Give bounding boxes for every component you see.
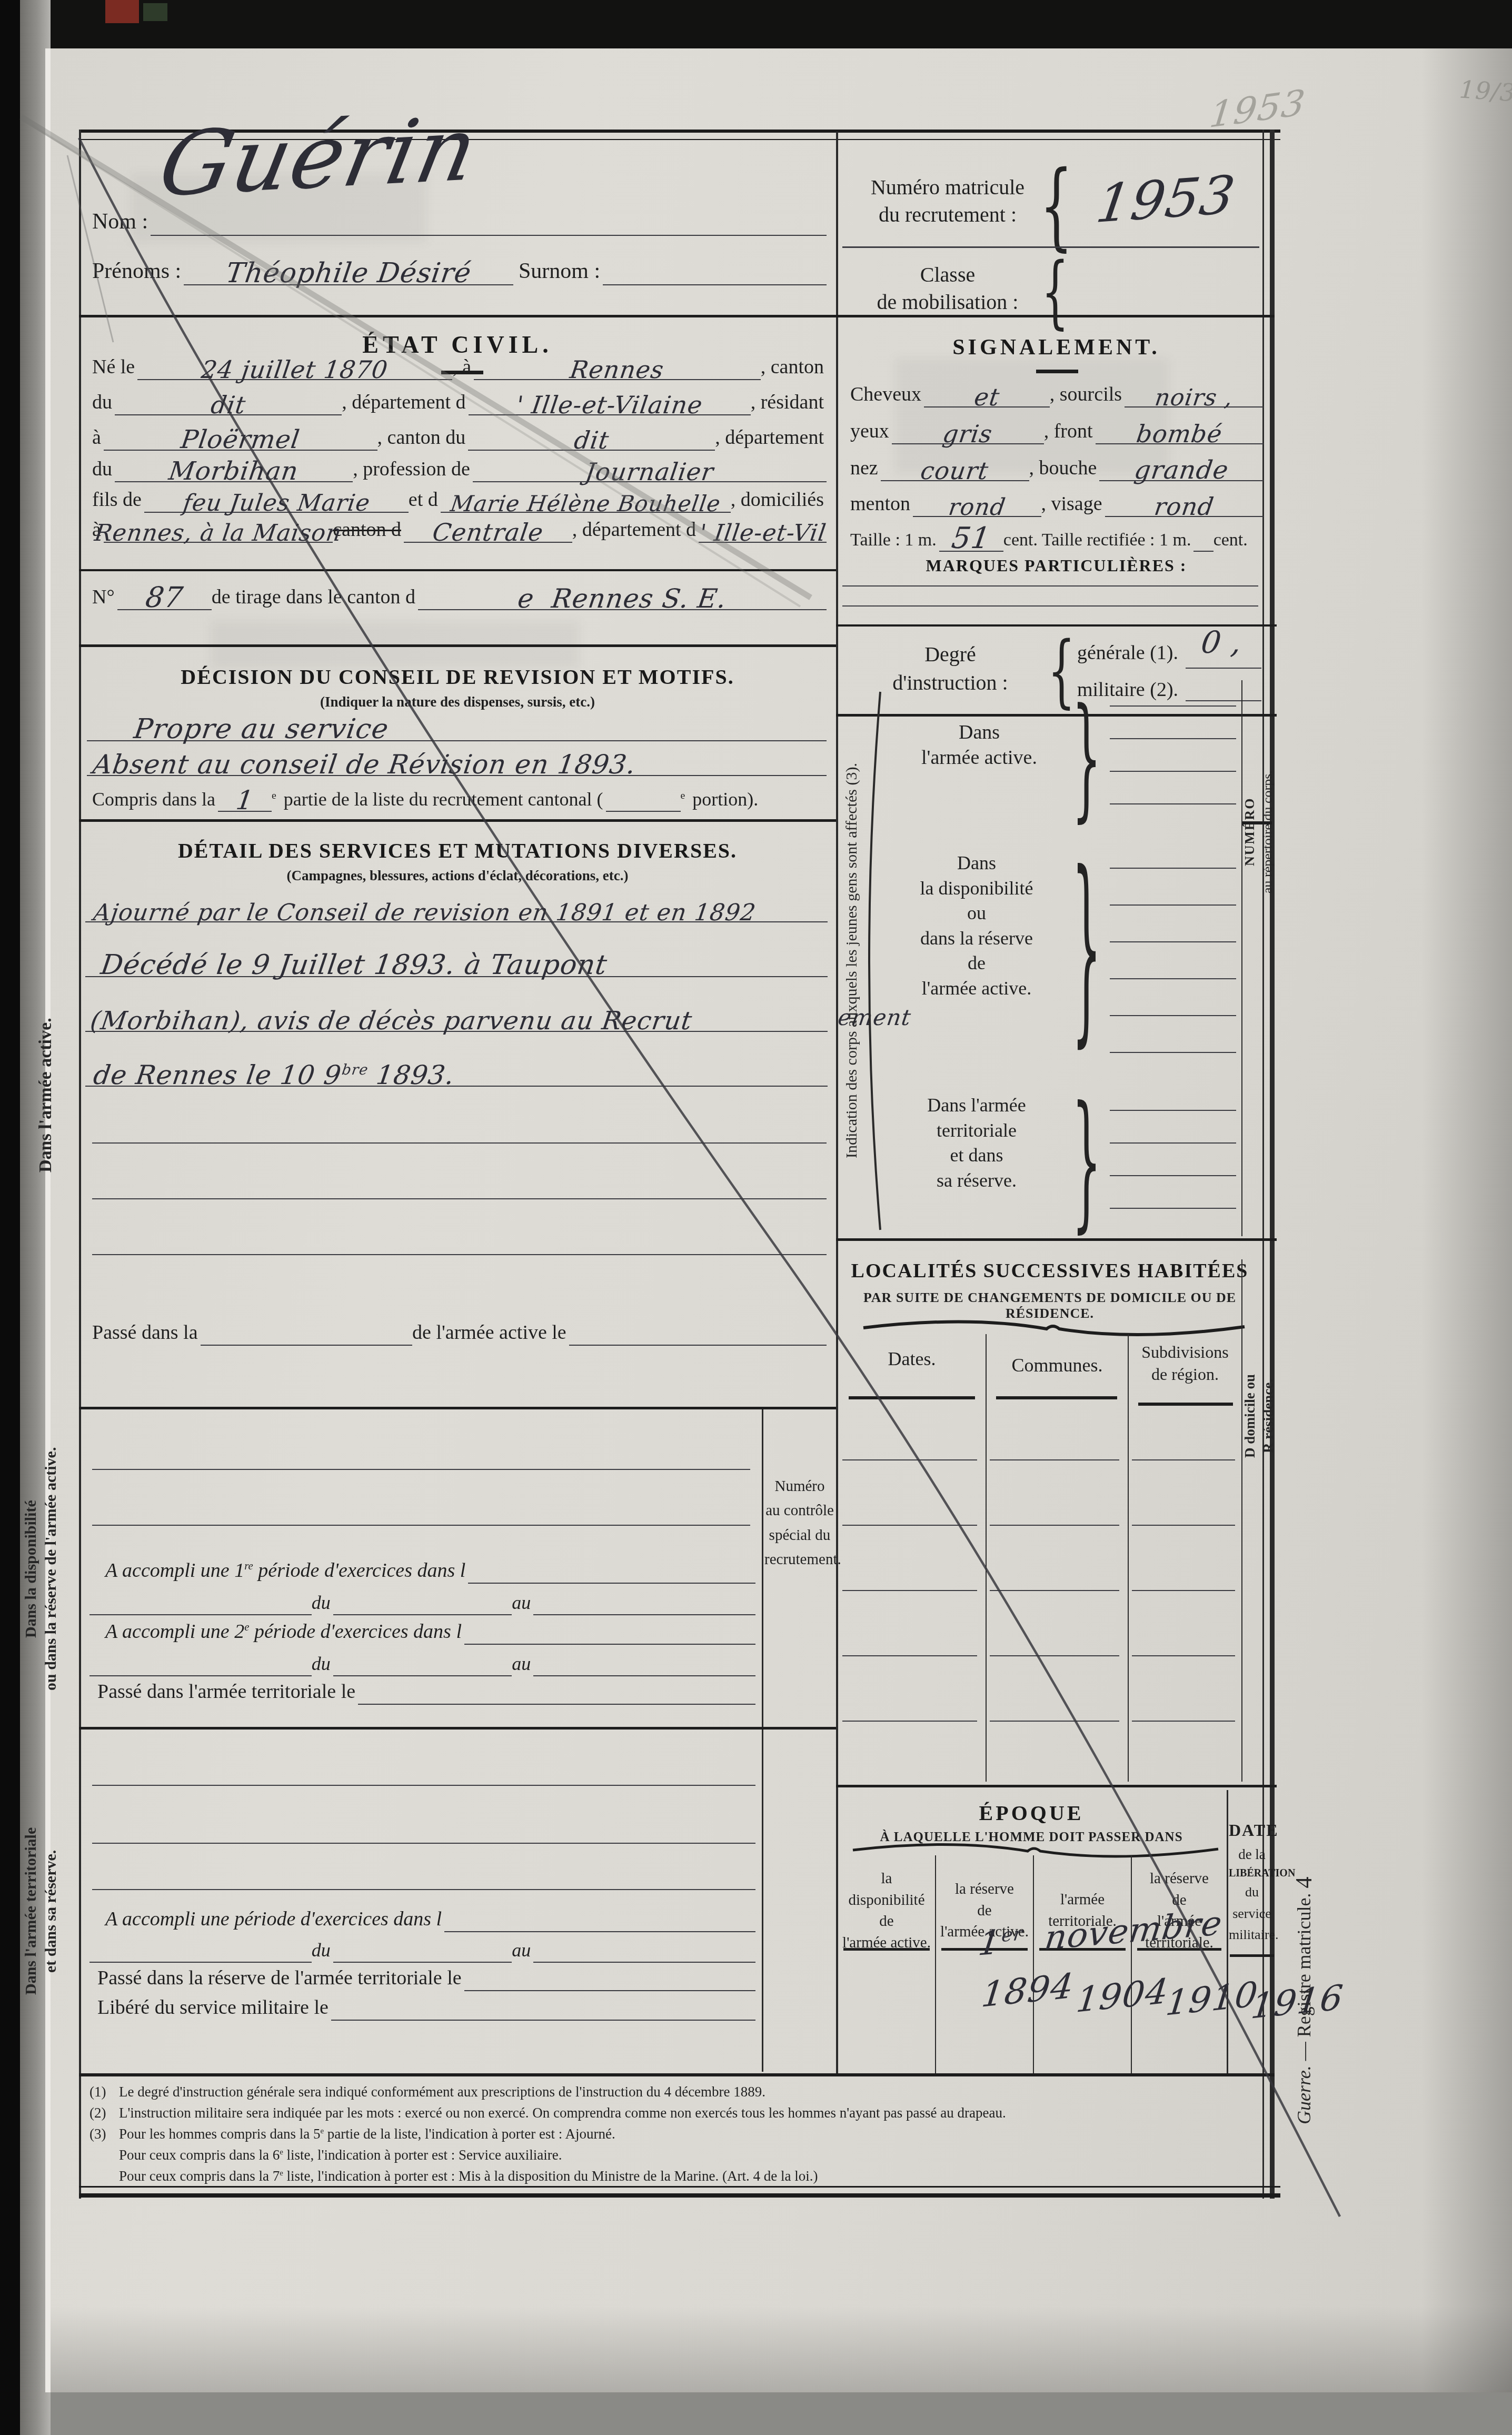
localites-title: LOCALITÉS SUCCESSIVES HABITÉES	[836, 1259, 1264, 1283]
civil-label: , résidant	[751, 391, 827, 415]
libere-label: Libéré du service militaire le	[97, 1996, 331, 2021]
taille-rectifiee-line	[1193, 551, 1213, 552]
civil-line: Journalier	[473, 458, 827, 482]
footnote-3: (3) Pour les hommes compris dans la 5e p…	[89, 2126, 1264, 2142]
classe-label-line1: Classe	[869, 261, 1027, 289]
localites-col-divider-1	[986, 1334, 987, 1782]
title-dash	[1036, 370, 1078, 373]
footnote-4: Pour ceux compris dans la 6e liste, l'in…	[89, 2147, 1264, 2163]
section-rule	[836, 714, 1277, 717]
epoque-title: ÉPOQUE	[836, 1801, 1227, 1825]
compris-label: partie de la liste du recrutement canton…	[284, 788, 606, 812]
compris-line: 1	[218, 785, 272, 812]
rule-line	[92, 1843, 755, 1844]
periode2-label: A accompli une 2e période d'exercices da…	[105, 1620, 464, 1645]
compris-label: Compris dans la	[92, 788, 218, 812]
epoque-c2-l2: de	[936, 1900, 1033, 1922]
passe-active-label: Passé dans la	[92, 1321, 201, 1346]
decision-value-2: Absent au conseil de Révision en 1893.	[91, 749, 638, 780]
localites-header-rule	[849, 1396, 975, 1399]
sup-bre: bre	[341, 1061, 370, 1078]
passe-territoriale-label: Passé dans l'armée territoriale le	[97, 1680, 358, 1705]
rule-line	[1132, 1721, 1235, 1722]
tirage-line: 87	[117, 581, 212, 610]
civil-line: 24 juillet 1870	[137, 355, 452, 380]
rule-line	[1110, 1015, 1236, 1016]
decision-value-1: Propre au service	[132, 713, 391, 745]
nez-value: court	[919, 456, 991, 485]
passe-territoriale-row: Passé dans l'armée territoriale le	[97, 1677, 755, 1705]
section-rule	[79, 315, 1275, 317]
margin-label-terr: Dans l'armée territoriale et dans sa rés…	[19, 1753, 63, 2069]
decision-line-1: Propre au service	[87, 712, 827, 741]
civil-value: 24 juillet 1870	[200, 355, 390, 384]
margin-label-terr-line2: et dans sa réserve.	[42, 1753, 60, 2069]
taille-label: Taille : 1 m.	[850, 530, 939, 552]
front-label: , front	[1044, 420, 1096, 444]
rule-line	[92, 1469, 750, 1470]
margin-label-active: Dans l'armée active.	[34, 927, 58, 1264]
civil-value: Rennes	[569, 355, 667, 384]
decision-line-2: Absent au conseil de Révision en 1893.	[87, 744, 827, 776]
controle-line3: spécial du	[764, 1523, 835, 1547]
corps-terr-brace: }	[1072, 1087, 1101, 1235]
duau2-row: du au	[89, 1649, 755, 1676]
passe-territoriale-line	[358, 1704, 755, 1705]
duau-line	[533, 1675, 755, 1676]
rule-line	[842, 1590, 977, 1591]
periode1-row: A accompli une 1re période d'exercices d…	[105, 1554, 755, 1584]
rule-line	[1110, 803, 1236, 804]
margin-label-active-text: Dans l'armée active.	[36, 927, 56, 1264]
epoque-date-l3: LIBÉRATION	[1229, 1865, 1275, 1882]
rule-line	[92, 1198, 827, 1199]
rule-line	[842, 1525, 977, 1526]
civil-label: , département	[715, 426, 827, 451]
epoque-c1-l2: disponibilité	[838, 1890, 935, 1911]
compris-portion-line	[606, 811, 681, 812]
rule-line	[1132, 1655, 1235, 1656]
rule-line	[1110, 1175, 1236, 1176]
rule-line	[842, 1655, 977, 1656]
matricule-brace: {	[1040, 159, 1073, 254]
repertoire-label-line2: au répertoire du corps.	[1260, 684, 1276, 979]
epoque-header-rule	[843, 1948, 930, 1951]
localites-dr-line2: R résidence.	[1260, 1300, 1277, 1532]
duau-line	[533, 1962, 755, 1963]
civil-label: , canton	[761, 355, 827, 380]
tirage-line: e Rennes S. E.	[418, 583, 827, 610]
civil-label: à	[92, 426, 104, 451]
epoque-date-col: DATE de la LIBÉRATION du service militai…	[1229, 1817, 1275, 1945]
center-divider	[836, 132, 838, 2074]
rule-line	[842, 585, 1258, 587]
duau-line	[89, 1962, 312, 1963]
margin-label-terr-line1: Dans l'armée territoriale	[22, 1753, 40, 2069]
tirage-label: N°	[92, 585, 117, 610]
taille-line: 51	[939, 521, 1003, 552]
rule-line	[842, 1459, 977, 1460]
margin-label-guerre-text: Guerre. — Registre matricule. 4	[1290, 1790, 1317, 2211]
civil-label: , domiciliés	[731, 488, 827, 513]
section-rule	[79, 2073, 1275, 2076]
localites-col-subdiv-line1: Subdivisions	[1129, 1341, 1241, 1364]
rule-line	[1132, 1525, 1235, 1526]
rule-line	[1132, 1459, 1235, 1460]
menton-line: rond	[913, 494, 1041, 517]
epoque-c4-l1: la réserve	[1132, 1868, 1227, 1890]
signalement-row-4: menton rond , visage rond	[850, 486, 1264, 517]
localites-col-divider-2	[1128, 1334, 1129, 1782]
footnote-marker: (3)	[89, 2126, 119, 2142]
surnom-label: Surnom :	[519, 259, 603, 285]
nom-label: Nom :	[92, 209, 151, 236]
rule-line	[990, 1655, 1119, 1656]
form-border-left	[79, 130, 81, 2199]
footnote-text: L'instruction militaire sera indiquée pa…	[119, 2105, 1006, 2121]
footnote-text: Pour ceux compris dans la 7e liste, l'in…	[119, 2168, 818, 2184]
services-title: DÉTAIL DES SERVICES ET MUTATIONS DIVERSE…	[79, 838, 836, 863]
services-rule: de Rennes le 10 9bre 1893.	[85, 1060, 828, 1087]
menton-label: menton	[850, 492, 913, 517]
rule-line	[990, 1721, 1119, 1722]
civil-label: du	[92, 458, 115, 482]
civil-label: , à	[452, 355, 474, 380]
civil-line: ' Ille-et-Vil	[699, 520, 827, 543]
scanned-register-page: Nom : Guérin Prénoms : Théophile Désiré …	[0, 0, 1512, 2435]
services-value-4: de Rennes le 10 9bre 1893.	[92, 1060, 456, 1090]
nez-label: nez	[850, 456, 881, 481]
localites-col-communes: Communes.	[987, 1354, 1128, 1376]
rule-line	[842, 1721, 977, 1722]
corps-dispo-line3: ou	[890, 901, 1063, 926]
rule-line	[990, 1459, 1119, 1460]
prenoms-label: Prénoms :	[92, 259, 184, 285]
periode2-line	[464, 1644, 755, 1645]
repertoire-rule	[1242, 821, 1272, 824]
signalement-row-1: Cheveux et , sourcils noirs ,	[850, 377, 1264, 408]
color-tab-green	[143, 3, 167, 21]
epoque-header-rule	[1230, 1954, 1274, 1957]
corps-terr-line4: sa réserve.	[890, 1168, 1063, 1194]
instruction-brace: {	[1048, 632, 1075, 711]
civil-label: , profession de	[353, 458, 473, 482]
civil-row-1: Né le 24 juillet 1870 , à Rennes , canto…	[92, 347, 827, 380]
nom-value: Guérin	[151, 97, 485, 217]
section-rule	[79, 569, 836, 571]
localites-subtitle: PAR SUITE DE CHANGEMENTS DE DOMICILE OU …	[836, 1290, 1264, 1321]
epoque-col-1: la disponibilité de l'armée active.	[838, 1868, 935, 1953]
epoque-subtitle: À LAQUELLE L'HOMME DOIT PASSER DANS	[836, 1830, 1227, 1845]
signalement-row-2: yeux gris , front bombé	[850, 414, 1264, 444]
corps-dispo-line5: de	[890, 951, 1063, 976]
form-border-bottom-outer	[79, 2193, 1280, 2198]
civil-row-3: à Ploërmel , canton du dit , département	[92, 418, 827, 451]
corps-terr-label: Dans l'armée territoriale et dans sa rés…	[890, 1093, 1063, 1193]
periode3-row: A accompli une période d'exercices dans …	[105, 1903, 755, 1932]
controle-line4: recrutement.	[764, 1547, 835, 1572]
rule-line	[92, 1254, 827, 1255]
pencil-corner-note: 19/3	[1458, 75, 1512, 107]
periode3-line	[444, 1931, 755, 1932]
passe-active-line-2	[569, 1345, 827, 1346]
taille-row: Taille : 1 m. 51 cent. Taille rectifiée …	[850, 522, 1264, 552]
decision-subtitle: (Indiquer la nature des dispenses, sursi…	[79, 694, 836, 710]
rule-line	[1110, 1052, 1236, 1053]
nom-line	[151, 235, 827, 236]
corps-dispo-line6: l'armée active.	[890, 976, 1063, 1001]
civil-value: Rennes, à la Maison	[93, 520, 344, 546]
rule-line	[1110, 905, 1236, 906]
rule-line	[1110, 868, 1236, 869]
civil-value: dit	[209, 391, 247, 419]
form-border-bottom-inner	[79, 2186, 1280, 2188]
footnote-text: Le degré d'instruction générale sera ind…	[119, 2084, 765, 2100]
civil-line: Centrale	[404, 518, 572, 543]
corps-dispo-line2: la disponibilité	[890, 876, 1063, 901]
decision-rule: Propre au service	[87, 713, 827, 741]
civil-row-4: du Morbihan , profession de Journalier	[92, 450, 827, 482]
page-background	[0, 0, 1512, 48]
corps-active-label: Dans l'armée active.	[895, 720, 1063, 770]
taille-value: 51	[950, 521, 993, 555]
civil-label: , département d	[342, 391, 468, 415]
below-page-gray	[51, 2392, 1512, 2435]
libere-row: Libéré du service militaire le	[97, 1993, 755, 2021]
footnote-marker	[89, 2147, 119, 2163]
decision-title: DÉCISION DU CONSEIL DE REVISION ET MOTIF…	[79, 664, 836, 689]
rule-line	[990, 1525, 1119, 1526]
tirage-row: N° 87 de tirage dans le canton d e Renne…	[92, 577, 827, 610]
instruction-label-line2: d'instruction :	[863, 669, 1037, 697]
corps-vertical-label-text: Indication des corps auxquels les jeunes…	[843, 695, 861, 1227]
civil-label: Né le	[92, 355, 137, 380]
instruction-generale-value: 0 ,	[1199, 624, 1244, 660]
matricule-label-line1: Numéro matricule	[863, 174, 1032, 201]
tirage-label: de tirage dans le canton d	[212, 585, 418, 610]
du-label: du	[312, 1592, 333, 1615]
localites-header-rule	[1138, 1403, 1233, 1406]
rule-line	[1110, 705, 1236, 707]
civil-row-6: à Rennes, à la Maison canton d Centrale …	[92, 510, 827, 543]
civil-line: Morbihan	[115, 456, 353, 482]
instruction-generale-label: générale (1).	[1077, 641, 1178, 664]
civil-line: Rennes, à la Maison	[104, 520, 333, 543]
rule-line	[92, 1525, 750, 1526]
civil-value: Centrale	[431, 518, 545, 546]
periode1-label: A accompli une 1re période d'exercices d…	[105, 1559, 468, 1584]
epoque-c1-l3: de	[838, 1911, 935, 1932]
section-rule	[79, 644, 836, 647]
controle-line1: Numéro	[764, 1474, 835, 1498]
instruction-label-line1: Degré	[863, 640, 1037, 669]
corps-vertical-label: Indication des corps auxquels les jeunes…	[840, 695, 863, 1227]
corps-dispo-line4: dans la réserve	[890, 926, 1063, 951]
yeux-line: gris	[892, 420, 1044, 444]
instruction-label: Degré d'instruction :	[863, 640, 1037, 697]
epoque-col-divider	[1033, 1855, 1034, 2073]
corps-active-brace: }	[1072, 691, 1101, 824]
gutter-black-strip	[0, 0, 20, 2435]
compris-value: 1	[234, 785, 256, 816]
bouche-label: , bouche	[1029, 456, 1100, 481]
rule-line	[92, 1785, 755, 1786]
periode1-line	[468, 1583, 755, 1584]
services-value-3: (Morbihan), avis de décès parvenu au Rec…	[88, 1006, 694, 1036]
epoque-date-l4: du service	[1229, 1882, 1275, 1924]
matricule-value: 1953	[1092, 164, 1239, 235]
matricule-label: Numéro matricule du recrutement :	[863, 174, 1032, 228]
section-rule	[836, 1238, 1277, 1241]
epoque-date-l5: militaire.	[1229, 1924, 1275, 1945]
classe-brace: {	[1041, 253, 1069, 332]
epoque-c2-l1: la réserve	[936, 1879, 1033, 1900]
duau-line	[333, 1675, 512, 1676]
menton-value: rond	[947, 494, 1007, 521]
civil-label: , département d	[572, 518, 699, 543]
prenoms-row: Prénoms : Théophile Désiré	[92, 247, 513, 285]
services-line-1: Ajourné par le Conseil de revision en 18…	[85, 892, 828, 922]
color-tab-red	[105, 0, 139, 23]
rule-line	[1110, 1208, 1236, 1209]
du-label: du	[312, 1653, 333, 1676]
tirage-number: 87	[143, 581, 185, 614]
marques-title: MARQUES PARTICULIÈRES :	[836, 556, 1277, 575]
signalement-row-3: nez court , bouche grande	[850, 451, 1264, 481]
footnote-marker	[89, 2168, 119, 2184]
services-rule: Décédé le 9 Juillet 1893. à Taupont	[85, 949, 828, 977]
cheveux-line: et	[924, 383, 1050, 408]
periode2-row: A accompli une 2e période d'exercices da…	[105, 1615, 755, 1645]
classe-label-line2: de mobilisation :	[869, 289, 1027, 316]
civil-line: dit	[115, 391, 342, 415]
rule-line	[990, 1590, 1119, 1591]
epoque-date-l2: de la	[1229, 1844, 1275, 1866]
rule-line	[1110, 1142, 1236, 1144]
localites-col-subdiv: Subdivisions de région.	[1129, 1341, 1241, 1385]
controle-divider	[762, 1409, 763, 2072]
taille-rectifiee-label: cent. Taille rectifiée : 1 m.	[1003, 530, 1194, 552]
rule-line	[842, 605, 1258, 607]
civil-label: , canton du	[377, 426, 469, 451]
section-rule	[79, 1727, 836, 1730]
rule-line	[1132, 1590, 1235, 1591]
surnom-row: Surnom :	[519, 252, 827, 285]
duau-line	[333, 1962, 512, 1963]
front-line: bombé	[1096, 420, 1264, 444]
localites-col-dates: Dates.	[838, 1348, 986, 1370]
corps-terr-line2: territoriale	[890, 1118, 1063, 1144]
controle-label: Numéro au contrôle spécial du recrutemen…	[764, 1474, 835, 1572]
repertoire-label-line1: NUMÉRO	[1242, 684, 1258, 979]
epoque-date-l1: DATE	[1229, 1817, 1275, 1844]
rule-line	[1110, 771, 1236, 772]
au-label: au	[512, 1592, 533, 1615]
localites-dr-label: D domicile ou R résidence.	[1244, 1300, 1275, 1532]
margin-label-dispo-line2: ou dans la réserve de l'armée active.	[42, 1369, 60, 1769]
services-rule: (Morbihan), avis de décès parvenu au Rec…	[85, 1006, 828, 1032]
yeux-label: yeux	[850, 420, 892, 444]
rule-line	[92, 1889, 755, 1890]
footnote-2: (2) L'instruction militaire sera indiqué…	[89, 2105, 1264, 2121]
signalement-title: SIGNALEMENT.	[836, 335, 1277, 360]
civil-label: du	[92, 391, 115, 415]
prenoms-value: Théophile Désiré	[224, 257, 473, 289]
civil-line: Rennes	[474, 355, 761, 380]
du-label: du	[312, 1939, 333, 1963]
corps-dispo-line1: Dans	[890, 851, 1063, 876]
compris-label: portion).	[692, 788, 761, 812]
section-rule	[79, 819, 836, 822]
services-line-3: (Morbihan), avis de décès parvenu au Rec…	[85, 1001, 828, 1032]
civil-label: et d	[409, 488, 441, 513]
duau1-row: du au	[89, 1588, 755, 1615]
localites-col-subdiv-line2: de région.	[1129, 1364, 1241, 1386]
tirage-canton: e Rennes S. E.	[516, 583, 729, 614]
page-shade-bottom	[51, 2306, 1512, 2392]
libere-line	[331, 2020, 755, 2021]
footnote-1: (1) Le degré d'instruction générale sera…	[89, 2084, 1264, 2100]
services-line-2: Décédé le 9 Juillet 1893. à Taupont	[85, 947, 828, 977]
corps-active-line2: l'armée active.	[895, 746, 1063, 771]
sourcils-value: noirs ,	[1153, 384, 1235, 411]
rule-line	[1110, 941, 1236, 942]
corps-terr-line3: et dans	[890, 1143, 1063, 1168]
surnom-line	[603, 284, 827, 285]
au-label: au	[512, 1939, 533, 1963]
controle-line2: au contrôle	[764, 1498, 835, 1523]
au-label: au	[512, 1653, 533, 1676]
prenoms-line: Théophile Désiré	[184, 257, 513, 285]
civil-label-struck: canton d	[333, 518, 404, 543]
passe-reserve-terr-line	[464, 1990, 755, 1991]
civil-value: ' Ille-et-Vil	[698, 520, 828, 546]
cent-label: cent.	[1213, 530, 1250, 552]
rule-line	[1110, 1110, 1236, 1111]
cheveux-label: Cheveux	[850, 383, 924, 408]
duau3-row: du au	[89, 1935, 755, 1963]
section-rule	[79, 1407, 836, 1409]
corps-dispo-brace: }	[1072, 846, 1101, 1048]
civil-label: fils de	[92, 488, 144, 513]
corps-active-line1: Dans	[895, 720, 1063, 746]
bouche-line: grande	[1099, 455, 1264, 481]
visage-label: , visage	[1041, 492, 1105, 517]
margin-label-dispo: Dans la disponibilité ou dans la réserve…	[19, 1369, 63, 1769]
visage-line: rond	[1105, 492, 1264, 517]
duau-line	[89, 1675, 312, 1676]
footnote-text: Pour les hommes compris dans la 5e parti…	[119, 2126, 615, 2142]
civil-row-5: fils de feu Jules Marie et d Marie Hélèn…	[92, 480, 827, 513]
rule-line	[1186, 668, 1261, 669]
repertoire-label: NUMÉRO au répertoire du corps.	[1242, 684, 1275, 979]
nez-line: court	[881, 456, 1029, 481]
front-value: bombé	[1135, 420, 1224, 448]
passe-active-label-2: de l'armée active le	[412, 1321, 569, 1346]
corps-dispo-label: Dans la disponibilité ou dans la réserve…	[890, 851, 1063, 1001]
sup-e: e	[272, 788, 284, 812]
matricule-label-line2: du recrutement :	[863, 201, 1032, 228]
yeux-value: gris	[941, 420, 994, 448]
services-subtitle: (Campagnes, blessures, actions d'éclat, …	[79, 868, 836, 884]
civil-line: feu Jules Marie	[144, 490, 409, 513]
visage-value: rond	[1152, 492, 1216, 521]
rule-line	[92, 1142, 827, 1144]
footnote-marker: (1)	[89, 2084, 119, 2100]
passe-active-line	[201, 1345, 412, 1346]
civil-line: ' Ille-et-Vilaine	[469, 391, 751, 415]
page-shade-right	[1421, 48, 1512, 2392]
